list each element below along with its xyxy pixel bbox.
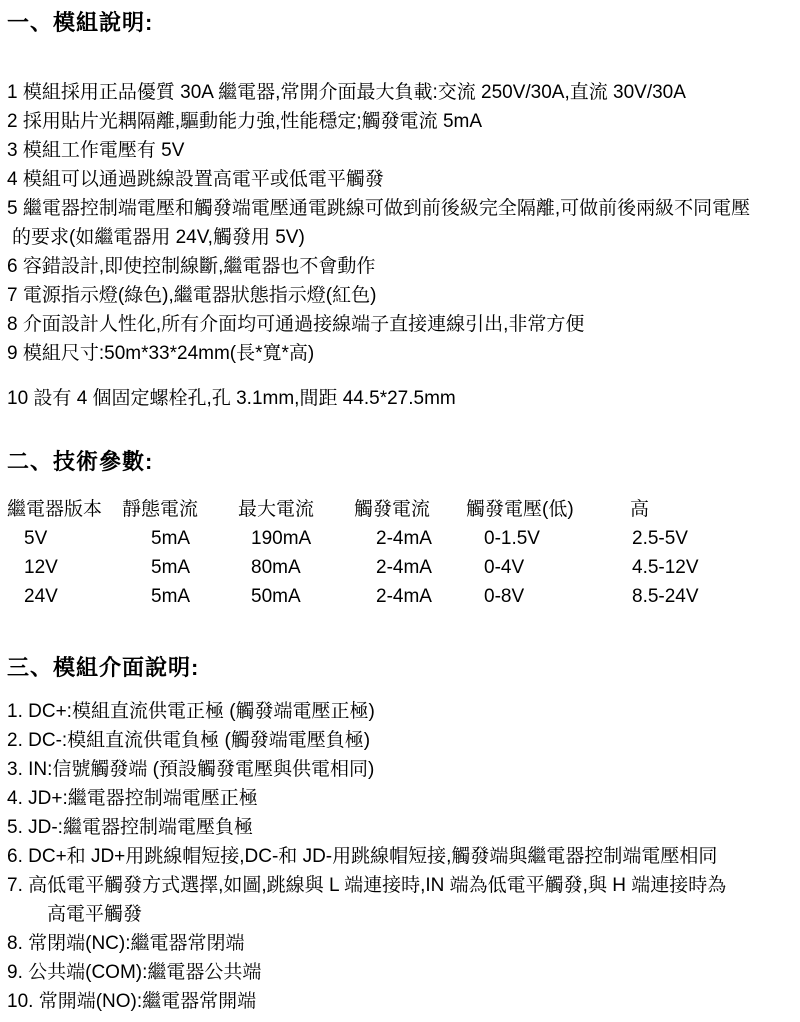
module-note-5: 5 繼電器控制端電壓和觸發端電壓通電跳線可做到前後級完全隔離,可做前後兩級不同電… [7,194,792,223]
table-cell: 12V [7,553,122,582]
section2-heading: 二、技術參數: [7,449,792,475]
table-header-row: 繼電器版本 靜態電流 最大電流 觸發電流 觸發電壓(低) 高 [7,495,749,524]
interface-note-dc-minus: 2. DC-:模組直流供電負極 (觸發端電壓負極) [7,726,792,755]
section3-heading: 三、模組介面說明: [7,655,792,681]
table-row-12v: 12V 5mA 80mA 2-4mA 0-4V 4.5-12V [7,553,749,582]
module-note-7: 7 電源指示燈(綠色),繼電器狀態指示燈(紅色) [7,281,792,310]
interface-note-nc: 8. 常閉端(NC):繼電器常閉端 [7,929,792,958]
table-cell: 8.5-24V [624,582,749,611]
table-cell: 80mA [238,553,354,582]
table-cell: 5V [7,524,122,553]
section1-heading: 一、模組說明: [7,10,792,36]
table-cell: 190mA [238,524,354,553]
module-note-3: 3 模組工作電壓有 5V [7,136,792,165]
module-note-2: 2 採用貼片光耦隔離,驅動能力強,性能穩定;觸發電流 5mA [7,107,792,136]
interface-note-jd-plus: 4. JD+:繼電器控制端電壓正極 [7,784,792,813]
section3-list: 1. DC+:模組直流供電正極 (觸發端電壓正極) 2. DC-:模組直流供電負… [7,697,792,1016]
table-cell: 50mA [238,582,354,611]
module-note-10: 10 設有 4 個固定螺栓孔,孔 3.1mm,間距 44.5*27.5mm [7,384,792,413]
module-note-8: 8 介面設計人性化,所有介面均可通過接線端子直接連線引出,非常方便 [7,310,792,339]
header-max-current: 最大電流 [238,495,354,524]
table-cell: 4.5-12V [624,553,749,582]
table-cell: 0-8V [466,582,624,611]
table-cell: 5mA [122,553,238,582]
interface-note-jd-minus: 5. JD-:繼電器控制端電壓負極 [7,813,792,842]
module-note-9: 9 模組尺寸:50m*33*24mm(長*寬*高) [7,339,792,368]
interface-note-trigger-mode-continued: 高電平觸發 [7,900,792,929]
table-cell: 2-4mA [354,582,466,611]
module-note-6: 6 容錯設計,即使控制線斷,繼電器也不會動作 [7,252,792,281]
header-trigger-voltage-low: 觸發電壓(低) [466,495,624,524]
interface-note-trigger-mode: 7. 高低電平觸發方式選擇,如圖,跳線與 L 端連接時,IN 端為低電平觸發,與… [7,871,792,900]
table-cell: 5mA [122,582,238,611]
module-note-1: 1 模組採用正品優質 30A 繼電器,常開介面最大負載:交流 250V/30A,… [7,78,792,107]
table-row-24v: 24V 5mA 50mA 2-4mA 0-8V 8.5-24V [7,582,749,611]
parameters-table: 繼電器版本 靜態電流 最大電流 觸發電流 觸發電壓(低) 高 5V 5mA 19… [7,495,749,611]
header-relay-version: 繼電器版本 [7,495,122,524]
table-cell: 0-4V [466,553,624,582]
table-cell: 2-4mA [354,553,466,582]
section1-list: 1 模組採用正品優質 30A 繼電器,常開介面最大負載:交流 250V/30A,… [7,78,792,413]
table-cell: 5mA [122,524,238,553]
interface-note-dc-plus: 1. DC+:模組直流供電正極 (觸發端電壓正極) [7,697,792,726]
table-cell: 2-4mA [354,524,466,553]
table-row-5v: 5V 5mA 190mA 2-4mA 0-1.5V 2.5-5V [7,524,749,553]
header-trigger-current: 觸發電流 [354,495,466,524]
interface-note-in: 3. IN:信號觸發端 (預設觸發電壓與供電相同) [7,755,792,784]
table-cell: 0-1.5V [466,524,624,553]
table-cell: 24V [7,582,122,611]
table-cell: 2.5-5V [624,524,749,553]
interface-note-no: 10. 常開端(NO):繼電器常開端 [7,987,792,1016]
module-note-4: 4 模組可以通過跳線設置高電平或低電平觸發 [7,165,792,194]
interface-note-jumper: 6. DC+和 JD+用跳線帽短接,DC-和 JD-用跳線帽短接,觸發端與繼電器… [7,842,792,871]
module-note-5-continued: 的要求(如繼電器用 24V,觸發用 5V) [7,223,792,252]
header-static-current: 靜態電流 [122,495,238,524]
header-trigger-voltage-high: 高 [624,495,749,524]
document-page: 一、模組說明: 1 模組採用正品優質 30A 繼電器,常開介面最大負載:交流 2… [0,0,800,1022]
interface-note-com: 9. 公共端(COM):繼電器公共端 [7,958,792,987]
